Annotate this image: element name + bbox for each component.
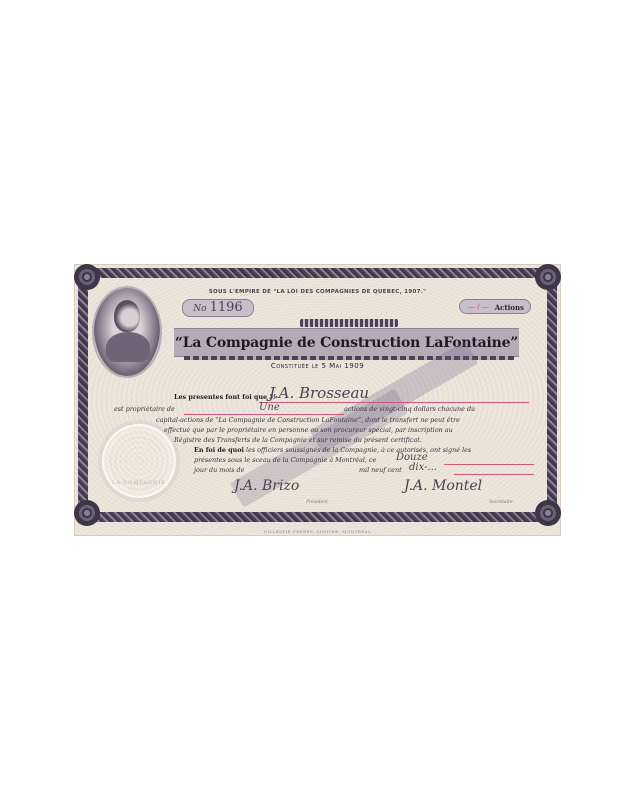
body-line-2-end: actions de vingt-cinq dollars chacune du xyxy=(344,405,475,413)
certificate-number: No1196 xyxy=(182,299,254,317)
secretary-signature: J.A. Montel xyxy=(404,478,482,494)
shares-rule xyxy=(184,414,344,415)
stock-certificate: SOUS L'EMPIRE DE "LA LOI DES COMPAGNIES … xyxy=(74,264,561,536)
holder-rule xyxy=(259,402,529,403)
corner-rosette-icon xyxy=(74,500,100,526)
corner-rosette-icon xyxy=(535,500,561,526)
shares-count: Une xyxy=(259,402,280,413)
line6-bold: En foi de quoi xyxy=(194,446,244,454)
body-line-3: capital-actions de “La Compagnie de Cons… xyxy=(156,416,460,424)
line1-bold: Les presentes font foi que xyxy=(174,393,267,401)
body-line-8-end: mil neuf cent xyxy=(359,466,402,474)
holder-name: J.A. Brosseau xyxy=(269,384,369,402)
body-line-2-start: est propriétaire de xyxy=(114,405,175,413)
body-line-4: effectué que par le propriétaire en pers… xyxy=(164,426,453,434)
shares-marks: — / — xyxy=(468,300,489,315)
president-title: Président xyxy=(306,500,328,505)
year-value: dix-... xyxy=(409,462,437,473)
line6-text: les officiers soussignés de la Compagnie… xyxy=(246,446,471,454)
body-line-6: En foi de quoi les officiers soussignés … xyxy=(194,446,471,454)
secretary-title: Secrétaire xyxy=(489,500,513,505)
number-prefix: No xyxy=(193,304,206,314)
body-line-7: présentes sous le sceau de la Compagnie … xyxy=(194,456,376,464)
printer-credit: GILLESPIE FRERES, LIMITEE, MONTREAL xyxy=(74,529,561,534)
embossed-seal: LA COMPAGNIE xyxy=(102,424,176,498)
corner-rosette-icon xyxy=(74,264,100,290)
year-rule xyxy=(454,474,534,475)
number-value: 1196 xyxy=(210,300,243,315)
body-line-5: Régistre des Transferts de la Compagnie … xyxy=(174,436,422,444)
body-line-8-start: jour du mois de xyxy=(194,466,244,474)
president-signature: J.A. Brizo xyxy=(234,478,299,494)
incorporation-date: Constituée le 5 Mai 1909 xyxy=(74,362,561,370)
day-rule xyxy=(444,464,534,465)
body-line-1: Les presentes font foi que M xyxy=(174,393,276,401)
portrait-head xyxy=(114,300,140,332)
corner-rosette-icon xyxy=(535,264,561,290)
shares-plate: — / — Actions xyxy=(459,299,531,314)
portrait-shoulders xyxy=(106,332,150,362)
shares-label: Actions xyxy=(495,303,524,312)
crest-ornament xyxy=(300,319,398,327)
seal-text: LA COMPAGNIE xyxy=(104,480,174,486)
